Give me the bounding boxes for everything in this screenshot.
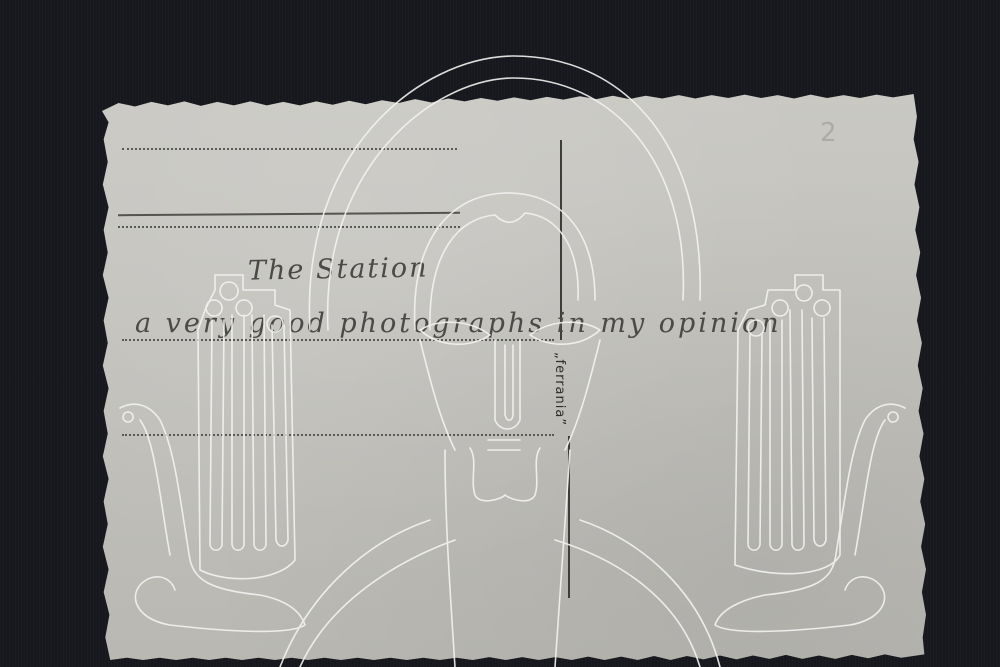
corner-pencil-mark: 2 — [820, 118, 837, 148]
vertical-divider-bottom — [568, 436, 570, 598]
ferrania-brand-text: „ferrania” — [552, 352, 567, 426]
handwriting-line-1: The Station — [248, 252, 429, 286]
address-line-2 — [118, 226, 460, 228]
address-line-3 — [122, 339, 554, 341]
address-line-4 — [122, 434, 554, 436]
postcard-back — [102, 94, 926, 660]
paper-texture — [102, 94, 926, 660]
handwriting-line-2: a very good photographs in my opinion — [135, 308, 782, 339]
address-line-1 — [122, 148, 457, 150]
